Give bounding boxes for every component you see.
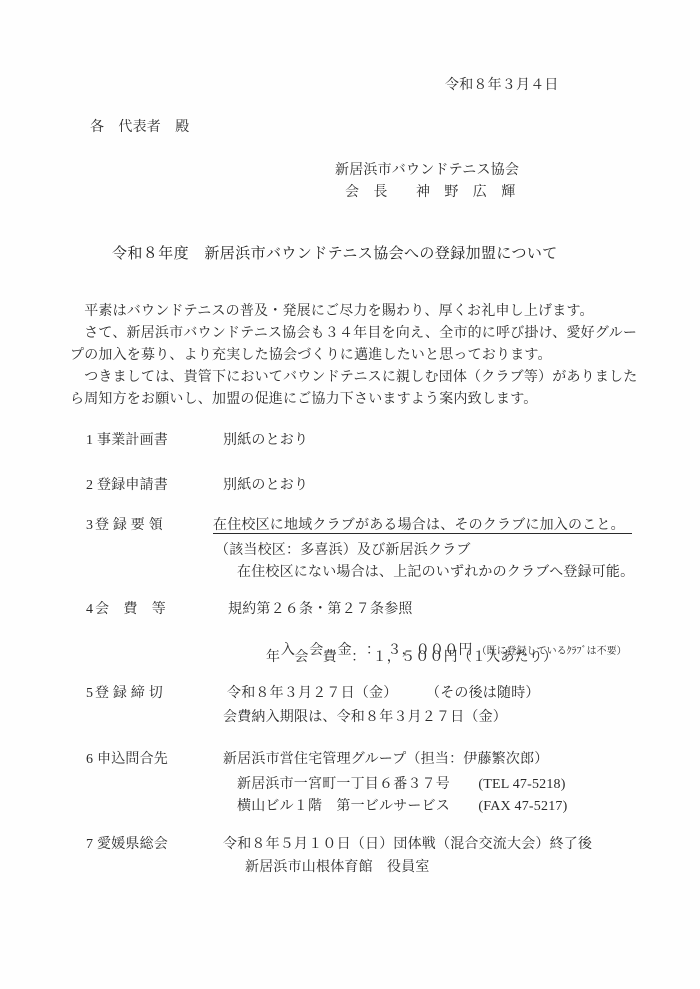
item-7-number: 7 [86, 837, 93, 853]
body-line-5: ら周知方をお願いし、加盟の促進にご協力下さいますよう案内致します。 [70, 392, 537, 408]
item-2-content: 別紙のとおり [223, 478, 308, 494]
addressee-line: 各 代表者 殿 [90, 120, 189, 136]
item-7-content-line-2: 新居浜市山根体育館 役員室 [245, 860, 430, 876]
item-3-content-line-2: （該当校区：多喜浜）及び新居浜クラブ [215, 543, 471, 559]
item-4-annual-fee-line: 年 会 費 ： １，５００円（１人あたり） [266, 650, 557, 666]
item-2-number: 2 [86, 478, 93, 494]
item-1-number: 1 [86, 433, 93, 449]
item-4-number: 4 [86, 602, 93, 618]
date-line: 令和８年３月４日 [445, 78, 559, 94]
item-4-content-line-1: 規約第２６条・第２７条参照 [228, 602, 413, 618]
item-5-number: 5 [86, 686, 93, 702]
body-line-4: つきましては、貴管下においてバウンドテニスに親しむ団体（クラブ等）がありました [70, 370, 637, 386]
item-1-label: 事業計画書 [97, 433, 168, 449]
item-6-label: 申込問合先 [97, 752, 168, 768]
item-7-content-line-1: 令和８年５月１０日（日）団体戦（混合交流大会）終了後 [223, 837, 592, 853]
item-6-number: 6 [86, 752, 93, 768]
doc-title: 令和８年度 新居浜市バウンドテニス協会への登録加盟について [112, 246, 558, 262]
item-7-label: 愛媛県総会 [97, 837, 168, 853]
item-1-content: 別紙のとおり [223, 433, 308, 449]
item-6-content-line-3: 横山ビル１階 第一ビルサービス (FAX 47-5217) [237, 799, 567, 815]
body-line-2: さて、新居浜市バウンドテニス協会も３４年目を向え、全市的に呼び掛け、愛好グルー [70, 326, 637, 342]
item-3-label: 登 録 要 領 [95, 518, 163, 534]
item-3-content-line-3: 在住校区にない場合は、上記のいずれかのクラブへ登録可能。 [237, 565, 634, 581]
body-line-1: 平素はバウンドテニスの普及・発展にご尽力を賜わり、厚くお礼申し上げます。 [70, 304, 594, 320]
item-5-content-line-2: 会費納入期限は、令和８年３月２７日（金） [223, 710, 507, 726]
item-6-content-line-1: 新居浜市営住宅管理グループ（担当：伊藤繁次郎） [223, 752, 548, 768]
item-4-label: 会 費 等 [95, 602, 166, 618]
scanned-letter-page: 令和８年３月４日 各 代表者 殿 新居浜市バウンドテニス協会 会 長 神 野 広… [0, 0, 700, 989]
item-3-number: 3 [86, 518, 93, 534]
sender-org: 新居浜市バウンドテニス協会 [335, 163, 519, 179]
item-2-label: 登録申請書 [97, 478, 168, 494]
sender-president: 会 長 神 野 広 輝 [345, 185, 515, 201]
item-3-content-line-1: 在住校区に地域クラブがある場合は、そのクラブに加入のこと。 [213, 518, 632, 534]
item-5-label: 登 録 締 切 [95, 686, 163, 702]
item-6-content-line-2: 新居浜市一宮町一丁目６番３７号 (TEL 47-5218) [237, 777, 566, 793]
body-line-3: プの加入を募り、より充実した協会づくりに邁進したいと思っております。 [70, 348, 552, 364]
item-5-content-line-1: 令和８年３月２７日（金） （その後は随時） [227, 686, 540, 702]
